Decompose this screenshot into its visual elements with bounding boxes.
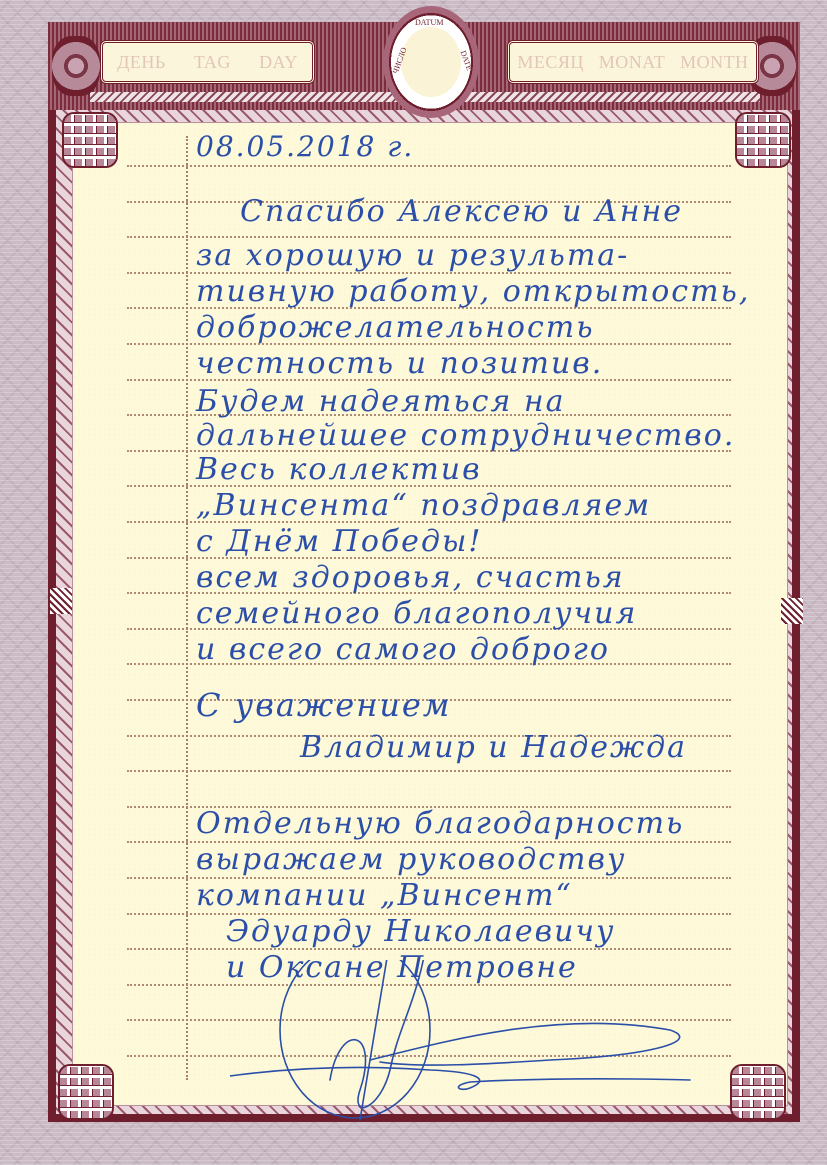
month-label-ru: МЕСЯЦ — [517, 52, 584, 73]
ruled-line — [127, 770, 731, 772]
letter-line: тивную работу, открытость, — [196, 274, 750, 309]
side-knot-icon — [781, 598, 803, 624]
letter-line: семейного благополучия — [196, 596, 637, 631]
letter-date: 08.05.2018 г. — [196, 130, 414, 163]
month-label-en: MONTH — [680, 52, 749, 73]
letter-line: дальнейшее сотрудничество. — [196, 418, 735, 453]
postscript-line: выражаем руководству — [196, 842, 626, 877]
letter-signed-by: Владимир и Надежда — [300, 730, 687, 765]
corner-rosette-icon — [52, 36, 100, 96]
month-field: МЕСЯЦ MONAT MONTH — [507, 40, 759, 84]
letter-line: честность и позитив. — [196, 346, 603, 381]
letter-line: и всего самого доброго — [196, 632, 610, 667]
letter-line: Весь коллектив — [196, 452, 482, 487]
medallion-label-datum: DATUM — [415, 18, 443, 27]
side-knot-icon — [50, 588, 72, 614]
day-label-ru: ДЕНЬ — [117, 52, 166, 73]
letter-line: Будем надеяться на — [196, 384, 566, 419]
celtic-knot-icon — [62, 112, 118, 168]
month-label-de: MONAT — [599, 52, 666, 73]
celtic-knot-icon — [735, 112, 791, 168]
postscript-line: Отдельную благодарность — [196, 806, 684, 841]
letter-line: за хорошую и результа- — [196, 238, 629, 273]
letter-line: „Винсента“ поздравляем — [196, 488, 651, 523]
letter-closing: С уважением — [196, 686, 451, 724]
margin-dotted-line — [186, 136, 188, 1080]
day-field: ДЕНЬ TAG DAY — [100, 40, 315, 84]
letter-line: с Днём Победы! — [196, 524, 482, 559]
day-label-en: DAY — [259, 52, 298, 73]
celtic-knot-icon — [58, 1064, 114, 1120]
postscript-line: компании „Винсент“ — [196, 878, 573, 913]
handwritten-signature-icon — [230, 960, 750, 1130]
postscript-line: Эдуарду Николаевичу — [226, 914, 615, 949]
letter-line: Спасибо Алексею и Анне — [240, 194, 683, 229]
ruled-line — [127, 165, 731, 167]
letter-line: доброжелательность — [196, 310, 595, 345]
day-label-de: TAG — [194, 52, 231, 73]
letter-line: всем здоровья, счастья — [196, 560, 625, 595]
